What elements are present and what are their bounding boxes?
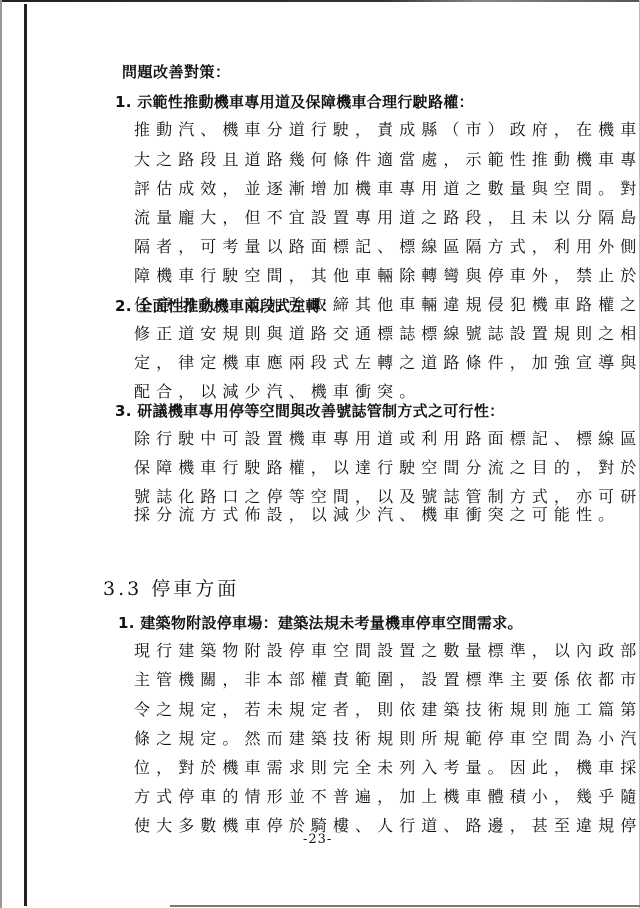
paragraph-line: 條之規定。然而建築技術規則所規範停車空間為小汽車停車 (134, 728, 640, 750)
paragraph-line: 大之路段且道路幾何條件適當處，示範性推動機車專用道與 (134, 149, 640, 171)
item-heading: 3. 研議機車專用停等空間與改善號誌管制方式之可行性： (115, 400, 504, 422)
scan-binding-line (24, 4, 27, 906)
paragraph-line: 除行駛中可設置機車專用道或利用路面標記、標線區隔方式 (134, 428, 640, 450)
paragraph-line: 推動汽、機車分道行駛，責成縣（市）政府，在機車交通量 (134, 119, 640, 141)
paragraph-line: 定，律定機車應兩段式左轉之道路條件，加強宣導與執法的 (134, 352, 640, 374)
paragraph-line: 修正道安規則與道路交通標誌標線號誌設置規則之相關規 (134, 323, 640, 345)
paragraph-line: 隔者，可考量以路面標記、標線區隔方式，利用外側車道保 (134, 236, 640, 258)
paragraph-line: 使大多數機車停於騎樓、人行道、路邊，甚至違規停車。 (134, 815, 640, 837)
paragraph-line: 現行建築物附設停車空間設置之數量標準，以內政部為中央 (134, 640, 640, 662)
paragraph-line: 採分流方式佈設，以減少汽、機車衝突之可能性。 (134, 504, 620, 526)
scan-edge-top (0, 0, 640, 2)
paragraph-line: 保障機車行駛路權，以達行駛空間分流之目的，對於機車在 (134, 457, 640, 479)
scan-edge-bottom (170, 905, 640, 907)
section-title: 3.3 停車方面 (103, 578, 239, 600)
item-heading: 2. 全面性推動機車兩段式左轉： (115, 295, 336, 317)
paragraph-line: 主管機關，非本部權責範圍，設置標準主要係依都市計畫法 (134, 669, 640, 691)
subtitle: 問題改善對策： (122, 61, 231, 83)
scan-edge-left (0, 0, 2, 908)
paragraph-line: 方式停車的情形並不普遍，加上機車體積小，幾乎隨處可停， (134, 786, 640, 808)
paragraph-line: 流量龐大，但不宜設置專用道之路段，且未以分隔島實體分 (134, 207, 640, 229)
item-heading: 1. 建築物附設停車場：建築法規未考量機車停車空間需求。 (118, 612, 523, 634)
paragraph-line: 評估成效，並逐漸增加機車專用道之數量與空間。對於機車 (134, 178, 640, 200)
paragraph-line: 障機車行駛空間，其他車輛除轉彎與停車外，禁止於路段中 (134, 265, 640, 287)
page-number: -23- (303, 829, 332, 851)
paragraph-line: 令之規定，若未規定者，則依建築技術規則施工篇第五十九 (134, 699, 640, 721)
item-heading: 1. 示範性推動機車專用道及保障機車合理行駛路權： (115, 91, 474, 113)
paragraph-line: 位，對於機車需求則完全未列入考量。因此，機車採路外化 (134, 757, 640, 779)
